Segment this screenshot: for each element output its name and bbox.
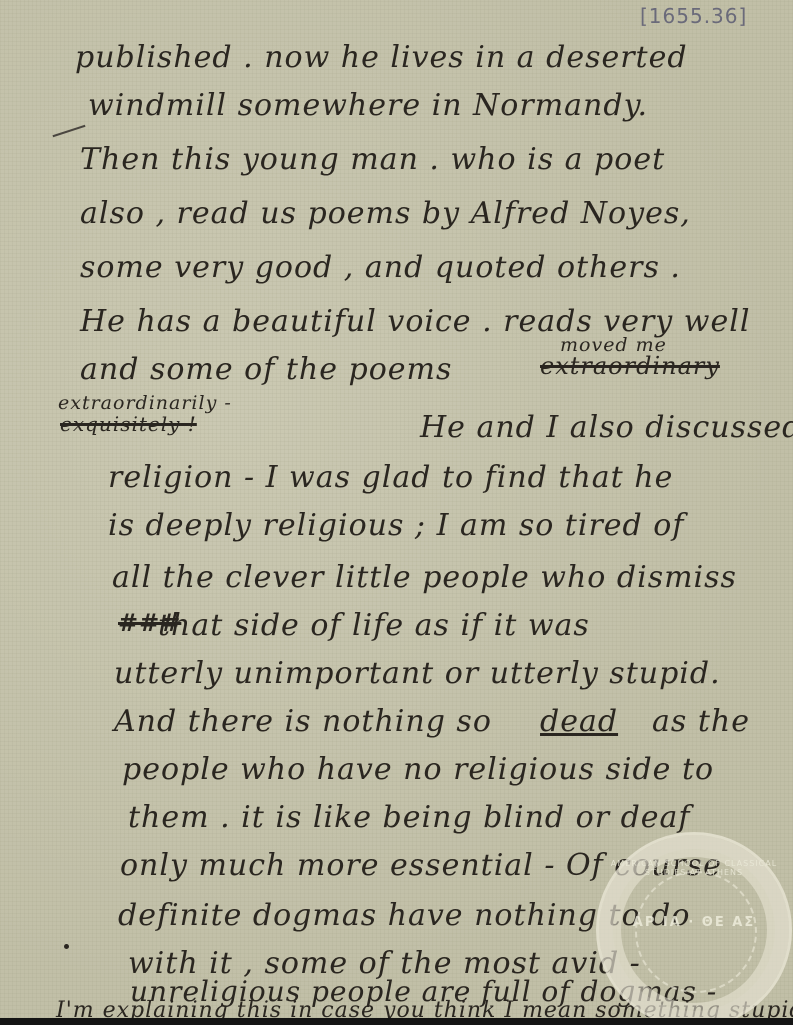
text-line-7: and some of the poems [80, 352, 452, 387]
text-line-14b: as the [652, 704, 750, 739]
text-line-16: them . it is like being blind or deaf [128, 800, 691, 835]
text-line-12: that side of life as if it was [158, 608, 590, 643]
text-line-3: Then this young man . who is a poet [80, 142, 665, 177]
text-line-9: religion - I was glad to find that he [108, 460, 673, 495]
margin-tick-mark [53, 125, 86, 137]
institution-seal-stamp: AMERICAN SCHOOL OF CLASSICAL STUDIES AT … [596, 832, 792, 1018]
text-line-1: published . now he lives in a deserted [75, 40, 688, 75]
text-line-15: people who have no religious side to [122, 752, 714, 787]
text-line-2: windmill somewhere in Normandy. [88, 88, 648, 123]
text-line-13: utterly unimportant or utterly stupid. [114, 656, 721, 691]
archive-reference-number: [1655.36] [640, 4, 747, 28]
text-line-5: some very good , and quoted others . [80, 250, 681, 285]
struck-word: extraordinary [540, 352, 720, 380]
margin-insertion: extraordinarily - [58, 392, 232, 414]
scan-edge [0, 1018, 793, 1025]
text-line-14: And there is nothing so [114, 704, 492, 739]
seal-center-text: ΑΡ ΙΑ · ΘΕ ΑΣ [599, 915, 789, 930]
struck-margin-word: exquisitely ! [60, 412, 197, 436]
seal-inner-ring [635, 871, 757, 993]
bullet-dot [64, 944, 69, 949]
text-line-8: He and I also discussed [420, 410, 793, 445]
text-line-11: all the clever little people who dismiss [112, 560, 737, 595]
text-line-4: also , read us poems by Alfred Noyes, [80, 196, 691, 231]
manuscript-page: [1655.36] published . now he lives in a … [0, 0, 793, 1018]
underlined-word: dead [540, 704, 618, 739]
text-line-10: is deeply religious ; I am so tired of [108, 508, 684, 543]
